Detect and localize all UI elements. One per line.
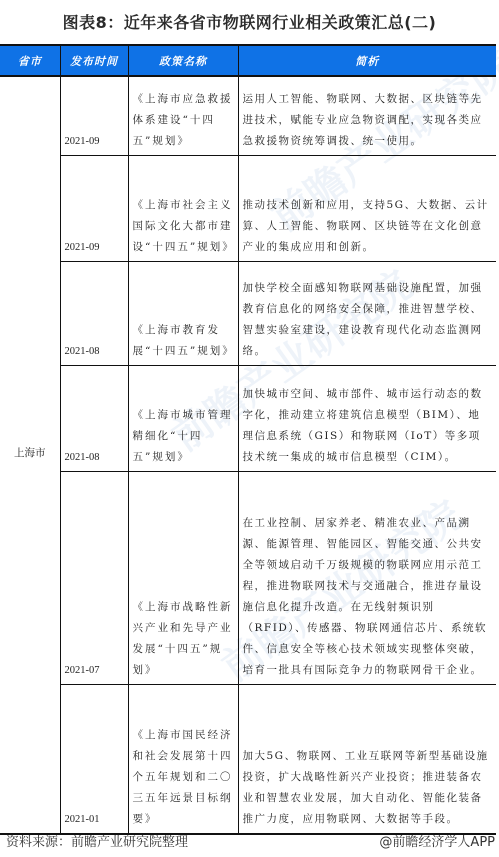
table-row: 2021-08 《上海市教育发展“十四五”规划》 加快学校全面感知物联网基础设施…: [0, 261, 496, 365]
table-row: 上海市 2021-09 《上海市应急救援体系建设“十四五”规划》 运用人工智能、…: [0, 76, 496, 155]
policy-table: 省市 发布时间 政策名称 简析 上海市 2021-09 《上海市应急救援体系建设…: [0, 44, 496, 835]
date-cell: 2021-01: [60, 684, 128, 834]
analysis-cell: 加快城市空间、城市部件、城市运行动态的数字化，推动建立将建筑信息模型（BIM）、…: [238, 365, 496, 471]
table-header-row: 省市 发布时间 政策名称 简析: [0, 45, 496, 76]
table-row: 2021-01 《上海市国民经济和社会发展第十四个五年规划和二〇三五年远景目标纲…: [0, 684, 496, 834]
analysis-cell: 推动技术创新和应用，支持5G、大数据、云计算、人工智能、物联网、区块链等在文化创…: [238, 155, 496, 261]
policy-name-cell: 《上海市战略性新兴产业和先导产业发展“十四五”规划》: [128, 471, 238, 684]
header-date: 发布时间: [60, 45, 128, 76]
analysis-cell: 运用人工智能、物联网、大数据、区块链等先进技术，赋能专业应急物资调配，实现各类应…: [238, 76, 496, 155]
policy-name-cell: 《上海市教育发展“十四五”规划》: [128, 261, 238, 365]
table-row: 2021-07 《上海市战略性新兴产业和先导产业发展“十四五”规划》 在工业控制…: [0, 471, 496, 684]
policy-name-cell: 《上海市城市管理精细化“十四五”规划》: [128, 365, 238, 471]
policy-name-cell: 《上海市应急救援体系建设“十四五”规划》: [128, 76, 238, 155]
analysis-cell: 加快学校全面感知物联网基础设施配置，加强教育信息化的网络安全保障，推进智慧学校、…: [238, 261, 496, 365]
policy-name-cell: 《上海市国民经济和社会发展第十四个五年规划和二〇三五年远景目标纲要》: [128, 684, 238, 834]
header-policy-name: 政策名称: [128, 45, 238, 76]
date-cell: 2021-09: [60, 155, 128, 261]
header-province: 省市: [0, 45, 60, 76]
credit-note: @前瞻经济学人APP: [379, 831, 495, 850]
date-cell: 2021-08: [60, 261, 128, 365]
analysis-cell: 在工业控制、居家养老、精准农业、产品溯源、能源管理、智能园区、智能交通、公共安全…: [238, 471, 496, 684]
source-note: 资料来源：前瞻产业研究院整理: [6, 831, 188, 850]
date-cell: 2021-08: [60, 365, 128, 471]
table-row: 2021-09 《上海市社会主义国际文化大都市建设“十四五”规划》 推动技术创新…: [0, 155, 496, 261]
province-cell: 上海市: [0, 76, 60, 834]
table-row: 2021-08 《上海市城市管理精细化“十四五”规划》 加快城市空间、城市部件、…: [0, 365, 496, 471]
header-analysis: 简析: [238, 45, 496, 76]
analysis-cell: 加大5G、物联网、工业互联网等新型基础设施投资，扩大战略性新兴产业投资；推进装备…: [238, 684, 496, 834]
chart-title: 图表8：近年来各省市物联网行业相关政策汇总(二): [0, 10, 499, 33]
policy-name-cell: 《上海市社会主义国际文化大都市建设“十四五”规划》: [128, 155, 238, 261]
date-cell: 2021-07: [60, 471, 128, 684]
date-cell: 2021-09: [60, 76, 128, 155]
